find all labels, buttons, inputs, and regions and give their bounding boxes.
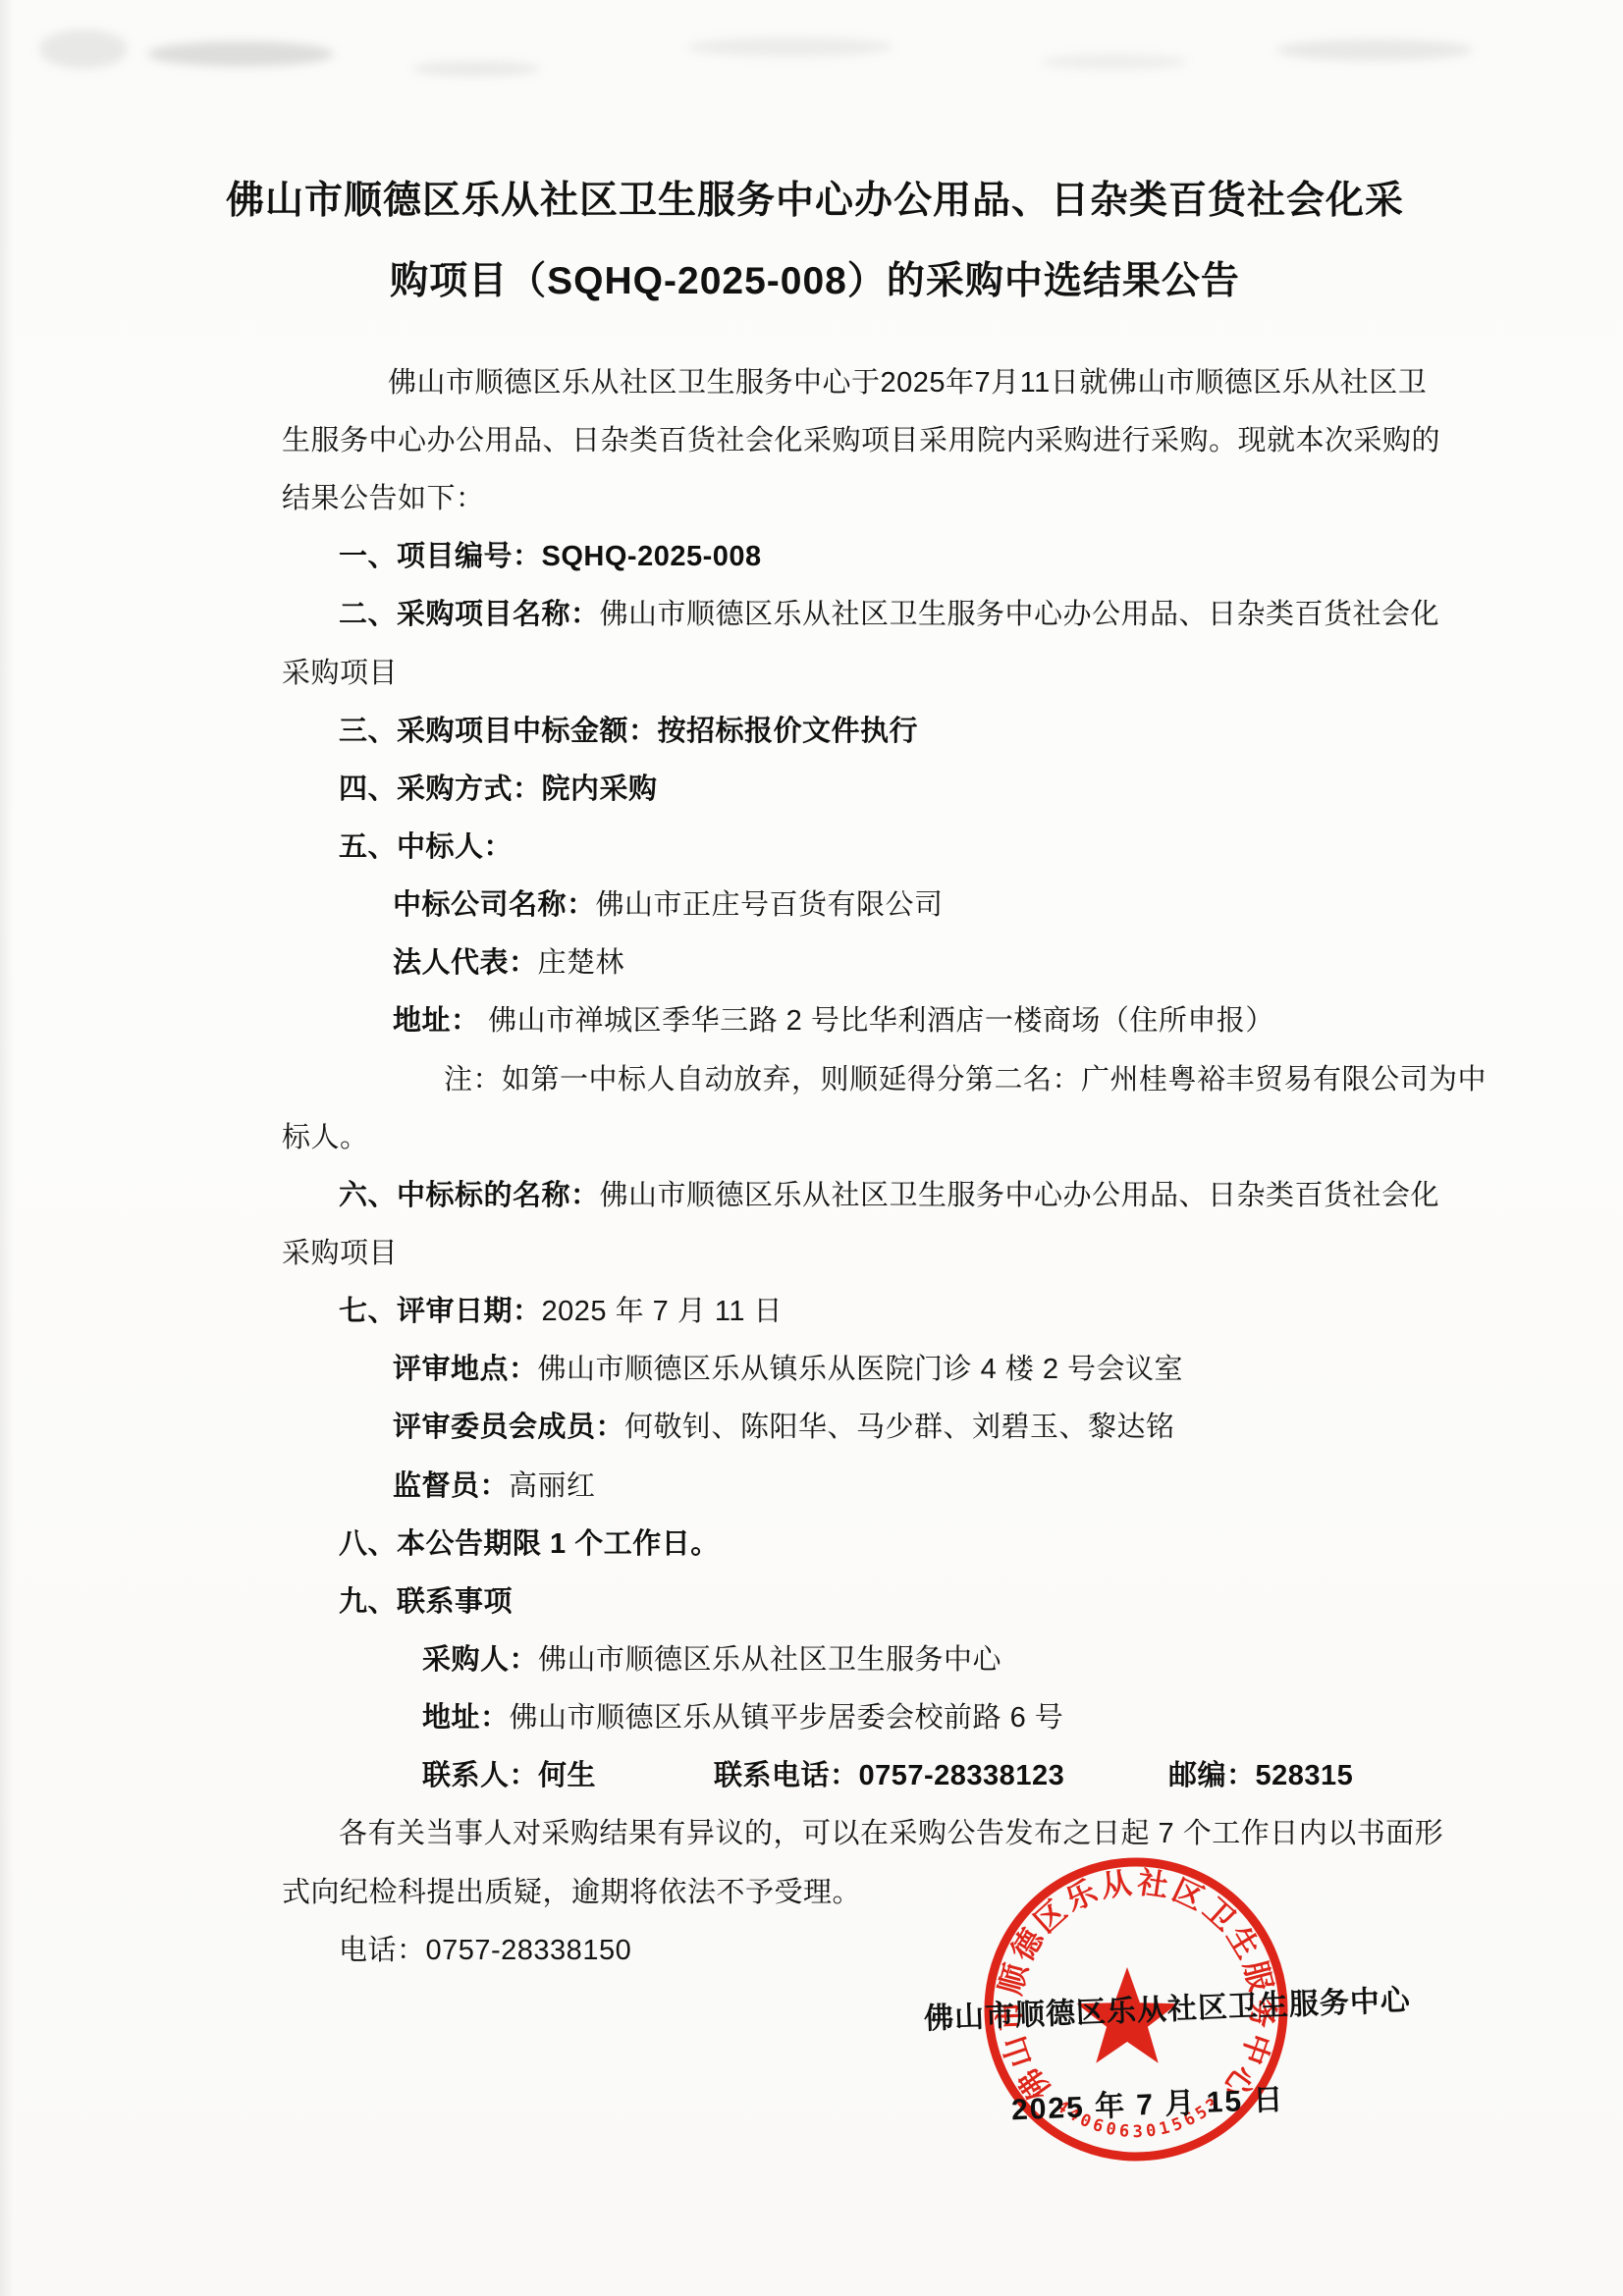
document-line-segment: 一、项目编号： xyxy=(339,541,542,572)
document-line-segment: 五、中标人： xyxy=(339,831,513,863)
document-line-segment: 三、采购项目中标金额： xyxy=(339,716,658,747)
document-line-segment: 中标公司名称： xyxy=(393,889,596,921)
document-line: 生服务中心办公用品、日杂类百货社会化采购项目采用院内采购进行采购。现就本次采购的 xyxy=(282,420,1440,461)
document-line: 佛山市顺德区乐从社区卫生服务中心于2025年7月11日就佛山市顺德区乐从社区卫 xyxy=(388,362,1427,403)
document-title: 佛山市顺德区乐从社区卫生服务中心办公用品、日杂类百货社会化采 购项目（SQHQ-… xyxy=(187,161,1443,322)
document-line: 三、采购项目中标金额：按招标报价文件执行 xyxy=(339,711,918,752)
document-line: 评审地点：佛山市顺德区乐从镇乐从医院门诊 4 楼 2 号会议室 xyxy=(393,1349,1183,1390)
document-line-segment: 佛山市正庄号百货有限公司 xyxy=(596,889,944,921)
document-line: 监督员：高丽红 xyxy=(393,1466,596,1507)
scan-artifact xyxy=(39,29,128,69)
document-line-segment: 二、采购项目名称： xyxy=(339,599,600,630)
document-line-segment: 何敬钊、陈阳华、马少群、刘碧玉、黎达铭 xyxy=(624,1412,1175,1443)
document-line: 结果公告如下： xyxy=(282,478,485,519)
document-line-segment: 九、联系事项 xyxy=(339,1586,513,1618)
document-line: 采购人：佛山市顺德区乐从社区卫生服务中心 xyxy=(422,1639,1001,1681)
document-line-segment: 地址： xyxy=(393,1005,480,1037)
document-line: 式向纪检科提出质疑，逾期将依法不予受理。 xyxy=(282,1872,861,1913)
document-line-segment: 院内采购 xyxy=(542,774,658,805)
document-line-segment: 联系人：何生 xyxy=(422,1760,596,1791)
document-line: 地址： 佛山市禅城区季华三路 2 号比华利酒店一楼商场（住所申报） xyxy=(393,1000,1274,1041)
document-line-segment: 佛山市顺德区乐从社区卫生服务中心 xyxy=(538,1644,1001,1676)
document-line-segment: 采购人： xyxy=(422,1644,538,1676)
document-line-segment: 生服务中心办公用品、日杂类百货社会化采购项目采用院内采购进行采购。现就本次采购的 xyxy=(282,425,1440,456)
title-line-2: 购项目（SQHQ-2025-008）的采购中选结果公告 xyxy=(187,241,1443,322)
document-line-segment: 地址： xyxy=(422,1702,510,1734)
document-line-segment: 评审地点： xyxy=(393,1354,538,1385)
document-line: 一、项目编号：SQHQ-2025-008 xyxy=(339,536,762,577)
document-line: 采购项目 xyxy=(282,1233,398,1274)
document-line-segment: 佛山市顺德区乐从镇乐从医院门诊 4 楼 2 号会议室 xyxy=(538,1354,1184,1385)
document-line-segment: 庄楚林 xyxy=(538,947,625,979)
document-line: 四、采购方式：院内采购 xyxy=(339,769,658,810)
document-line-segment: 八、本公告期限 1 个工作日。 xyxy=(339,1528,720,1560)
document-line: 评审委员会成员：何敬钊、陈阳华、马少群、刘碧玉、黎达铭 xyxy=(393,1407,1175,1448)
document-line: 电话：0757-28338150 xyxy=(339,1930,631,1971)
document-line: 注：如第一中标人自动放弃，则顺延得分第二名：广州桂粤裕丰贸易有限公司为中 xyxy=(444,1059,1487,1100)
document-line-segment: 监督员： xyxy=(393,1470,509,1502)
scan-artifact xyxy=(412,61,540,77)
document-line-segment: 佛山市顺德区乐从社区卫生服务中心办公用品、日杂类百货社会化 xyxy=(600,599,1440,630)
document-line-segment: 式向纪检科提出质疑，逾期将依法不予受理。 xyxy=(282,1877,861,1908)
document-line-segment: 按招标报价文件执行 xyxy=(658,716,919,747)
document-line: 中标公司名称：佛山市正庄号百货有限公司 xyxy=(393,884,944,926)
document-line-segment: 采购项目 xyxy=(282,658,398,689)
document-line-segment: 六、中标标的名称： xyxy=(339,1180,600,1211)
document-line-segment: 注：如第一中标人自动放弃，则顺延得分第二名：广州桂粤裕丰贸易有限公司为中 xyxy=(444,1064,1487,1095)
document-line-segment: 法人代表： xyxy=(393,947,538,979)
document-line-segment: 七、评审日期： xyxy=(339,1296,542,1327)
document-line-segment: 电话：0757-28338150 xyxy=(339,1935,631,1966)
document-line: 六、中标标的名称：佛山市顺德区乐从社区卫生服务中心办公用品、日杂类百货社会化 xyxy=(339,1175,1439,1216)
document-line: 五、中标人： xyxy=(339,827,513,868)
document-page: 佛山市顺德区乐从社区卫生服务中心办公用品、日杂类百货社会化采 购项目（SQHQ-… xyxy=(0,0,1623,2296)
document-line: 地址：佛山市顺德区乐从镇平步居委会校前路 6 号 xyxy=(422,1697,1063,1738)
title-line-1: 佛山市顺德区乐从社区卫生服务中心办公用品、日杂类百货社会化采 xyxy=(187,161,1443,241)
document-line-segment: 评审委员会成员： xyxy=(393,1412,624,1443)
document-line-segment: 结果公告如下： xyxy=(282,483,485,514)
document-line-segment: 四、采购方式： xyxy=(339,774,542,805)
document-line: 法人代表：庄楚林 xyxy=(393,942,624,984)
document-line: 二、采购项目名称：佛山市顺德区乐从社区卫生服务中心办公用品、日杂类百货社会化 xyxy=(339,594,1439,635)
document-line-segment: 2025 年 7 月 11 日 xyxy=(542,1296,784,1327)
document-line-segment: 标人。 xyxy=(282,1122,369,1153)
document-line-segment: 高丽红 xyxy=(509,1470,596,1502)
scan-edge-shade xyxy=(0,0,14,2296)
document-line: 九、联系事项 xyxy=(339,1581,513,1623)
scan-artifact xyxy=(1041,54,1188,70)
document-line-segment: 佛山市顺德区乐从社区卫生服务中心于2025年7月11日就佛山市顺德区乐从社区卫 xyxy=(388,367,1427,399)
document-line-segment: 佛山市顺德区乐从社区卫生服务中心办公用品、日杂类百货社会化 xyxy=(600,1180,1440,1211)
document-line-segment: SQHQ-2025-008 xyxy=(542,541,762,572)
document-line: 采购项目 xyxy=(282,653,398,694)
document-line: 联系人：何生联系电话：0757-28338123邮编：528315 xyxy=(422,1755,596,1796)
document-line: 八、本公告期限 1 个工作日。 xyxy=(339,1523,720,1565)
document-line: 标人。 xyxy=(282,1117,369,1158)
scan-artifact xyxy=(147,41,334,67)
document-line-segment: 佛山市顺德区乐从镇平步居委会校前路 6 号 xyxy=(510,1702,1064,1734)
scan-artifact xyxy=(1276,39,1473,61)
document-line: 七、评审日期：2025 年 7 月 11 日 xyxy=(339,1291,783,1332)
scan-artifact xyxy=(687,37,893,57)
document-line-segment: 佛山市禅城区季华三路 2 号比华利酒店一楼商场（住所申报） xyxy=(480,1005,1274,1037)
document-line-segment: 采购项目 xyxy=(282,1238,398,1269)
document-line-segment: 联系电话：0757-28338123 xyxy=(714,1755,1064,1796)
document-line-segment: 邮编：528315 xyxy=(1168,1755,1353,1796)
